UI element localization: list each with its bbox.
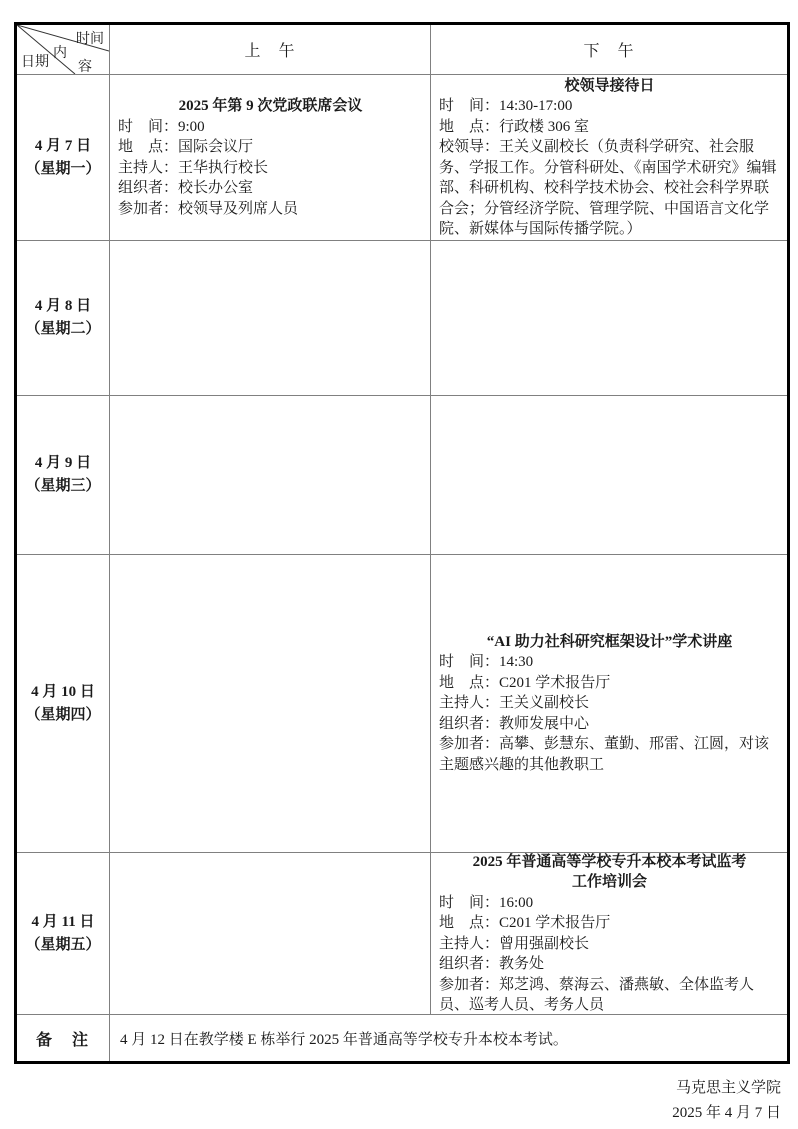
- weekly-schedule-table: 时间 内 容 日期 上 午 下 午 4 月 7 日 （星期一） 2025 年第 …: [14, 22, 790, 1064]
- event-cell-apr8-morning-empty: [110, 241, 431, 396]
- date-text: 4 月 10 日: [31, 681, 95, 704]
- event-detail-lines: 时 间：14:30-17:00地 点：行政楼 306 室校领导：王关义副校长（负…: [439, 96, 780, 240]
- event-cell-apr11-afternoon: 2025 年普通高等学校专升本校本考试监考工作培训会 时 间：16:00地 点：…: [431, 853, 787, 1015]
- event-title-block: 校领导接待日: [439, 76, 780, 97]
- document-footer: 马克思主义学院 2025 年 4 月 7 日: [672, 1076, 781, 1126]
- footer-organization: 马克思主义学院: [672, 1076, 781, 1101]
- event-cell-apr7-afternoon: 校领导接待日 时 间：14:30-17:00地 点：行政楼 306 室校领导：王…: [431, 75, 787, 241]
- date-cell-apr9: 4 月 9 日 （星期三）: [17, 396, 110, 555]
- date-cell-apr10: 4 月 10 日 （星期四）: [17, 555, 110, 853]
- event-cell-apr10-morning-empty: [110, 555, 431, 853]
- schedule-document-page: { "table": { "header": { "corner": { "ti…: [0, 0, 798, 1129]
- header-axis-content-char1: 内: [53, 42, 67, 62]
- remark-text-cell: 4 月 12 日在教学楼 E 栋举行 2025 年普通高等学校专升本校本考试。: [110, 1015, 787, 1061]
- diagonal-header-cell: 时间 内 容 日期: [17, 25, 110, 75]
- column-header-afternoon: 下 午: [431, 25, 787, 75]
- weekday-text: （星期一）: [25, 158, 100, 181]
- date-cell-apr11: 4 月 11 日 （星期五）: [17, 853, 110, 1015]
- event-title-block: 2025 年普通高等学校专升本校本考试监考工作培训会: [439, 853, 780, 893]
- event-title-block: “AI 助力社科研究框架设计”学术讲座: [439, 632, 780, 653]
- event-cell-apr9-morning-empty: [110, 396, 431, 555]
- event-detail-lines: 时 间：14:30地 点：C201 学术报告厅主持人：王关义副校长组织者：教师发…: [439, 652, 780, 775]
- weekday-text: （星期四）: [25, 704, 100, 727]
- event-cell-apr7-morning: 2025 年第 9 次党政联席会议 时 间：9:00地 点：国际会议厅主持人：王…: [110, 75, 431, 241]
- event-cell-apr11-morning-empty: [110, 853, 431, 1015]
- date-text: 4 月 9 日: [35, 452, 91, 475]
- date-text: 4 月 8 日: [35, 295, 91, 318]
- header-axis-date: 日期: [21, 51, 49, 71]
- date-cell-apr8: 4 月 8 日 （星期二）: [17, 241, 110, 396]
- date-text: 4 月 7 日: [35, 135, 91, 158]
- column-header-morning: 上 午: [110, 25, 431, 75]
- event-detail-lines: 时 间：16:00地 点：C201 学术报告厅主持人：曾用强副校长组织者：教务处…: [439, 893, 780, 1016]
- header-axis-time: 时间: [76, 28, 104, 48]
- event-cell-apr9-afternoon-empty: [431, 396, 787, 555]
- header-axis-content-char2: 容: [78, 56, 92, 75]
- date-cell-apr7: 4 月 7 日 （星期一）: [17, 75, 110, 241]
- event-cell-apr10-afternoon: “AI 助力社科研究框架设计”学术讲座 时 间：14:30地 点：C201 学术…: [431, 555, 787, 853]
- event-title-block: 2025 年第 9 次党政联席会议: [118, 96, 423, 117]
- weekday-text: （星期五）: [25, 934, 100, 957]
- event-cell-apr8-afternoon-empty: [431, 241, 787, 396]
- remark-label-cell: 备 注: [17, 1015, 110, 1061]
- event-detail-lines: 时 间：9:00地 点：国际会议厅主持人：王华执行校长组织者：校长办公室参加者：…: [118, 117, 423, 220]
- date-text: 4 月 11 日: [32, 911, 95, 934]
- weekday-text: （星期二）: [25, 318, 100, 341]
- weekday-text: （星期三）: [25, 475, 100, 498]
- footer-date: 2025 年 4 月 7 日: [672, 1101, 781, 1126]
- remark-text: 4 月 12 日在教学楼 E 栋举行 2025 年普通高等学校专升本校本考试。: [120, 1028, 568, 1049]
